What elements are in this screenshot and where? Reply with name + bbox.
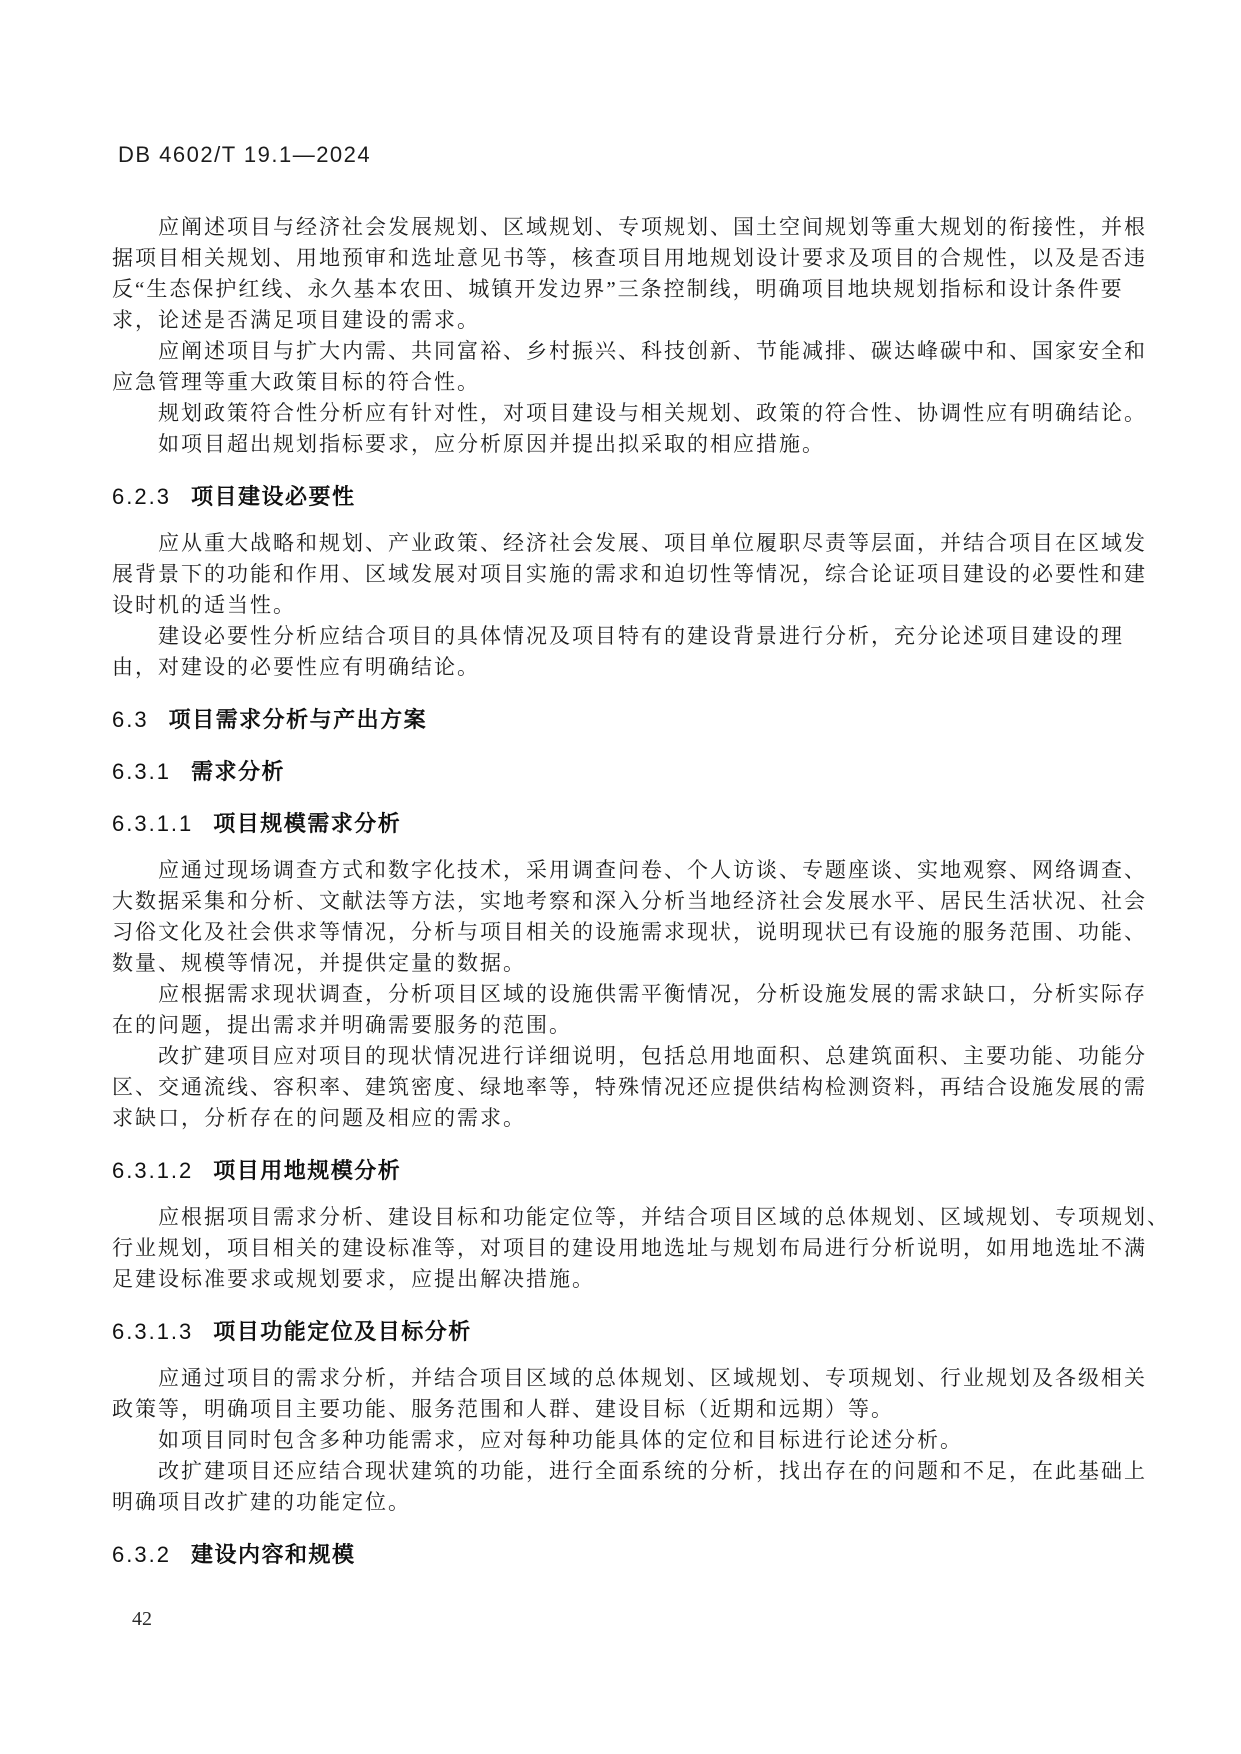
text-line: 改扩建项目还应结合现状建筑的功能，进行全面系统的分析，找出存在的问题和不足，在此… (112, 1456, 1133, 1487)
text-line: 展背景下的功能和作用、区域发展对项目实施的需求和迫切性等情况，综合论证项目建设的… (112, 559, 1133, 590)
text-line: 如项目超出规划指标要求，应分析原因并提出拟采取的相应措施。 (112, 429, 1133, 460)
text-line: 政策等，明确项目主要功能、服务范围和人群、建设目标（近期和远期）等。 (112, 1394, 1133, 1425)
section-title: 项目功能定位及目标分析 (213, 1317, 472, 1347)
section-title: 项目用地规模分析 (213, 1156, 401, 1186)
text-line: 区、交通流线、容积率、建筑密度、绿地率等，特殊情况还应提供结构检测资料，再结合设… (112, 1072, 1133, 1103)
body-paragraph: 改扩建项目应对项目的现状情况进行详细说明，包括总用地面积、总建筑面积、主要功能、… (112, 1041, 1133, 1134)
text-line: 改扩建项目应对项目的现状情况进行详细说明，包括总用地面积、总建筑面积、主要功能、… (112, 1041, 1133, 1072)
section-heading: 6.3.1.3项目功能定位及目标分析 (112, 1317, 1133, 1347)
section-number: 6.3.2 (112, 1540, 171, 1570)
section-heading: 6.3.1需求分析 (112, 757, 1133, 787)
text-line: 习俗文化及社会供求等情况，分析与项目相关的设施需求现状，说明现状已有设施的服务范… (112, 917, 1133, 948)
text-line: 设时机的适当性。 (112, 590, 1133, 621)
text-line: 应通过现场调查方式和数字化技术，采用调查问卷、个人访谈、专题座谈、实地观察、网络… (112, 855, 1133, 886)
section-heading: 6.3.1.1项目规模需求分析 (112, 809, 1133, 839)
section-heading: 6.2.3项目建设必要性 (112, 482, 1133, 512)
text-line: 据项目相关规划、用地预审和选址意见书等，核查项目用地规划设计要求及项目的合规性，… (112, 243, 1133, 274)
text-line: 求缺口，分析存在的问题及相应的需求。 (112, 1103, 1133, 1134)
body-paragraph: 建设必要性分析应结合项目的具体情况及项目特有的建设背景进行分析，充分论述项目建设… (112, 621, 1133, 683)
text-line: 应通过项目的需求分析，并结合项目区域的总体规划、区域规划、专项规划、行业规划及各… (112, 1363, 1133, 1394)
text-line: 建设必要性分析应结合项目的具体情况及项目特有的建设背景进行分析，充分论述项目建设… (112, 621, 1133, 652)
text-line: 如项目同时包含多种功能需求，应对每种功能具体的定位和目标进行论述分析。 (112, 1425, 1133, 1456)
document-page: DB 4602/T 19.1—2024 应阐述项目与经济社会发展规划、区域规划、… (0, 0, 1241, 1754)
text-line: 应急管理等重大政策目标的符合性。 (112, 367, 1133, 398)
body-paragraph: 规划政策符合性分析应有针对性，对项目建设与相关规划、政策的符合性、协调性应有明确… (112, 398, 1133, 429)
section-number: 6.3.1.1 (112, 809, 193, 839)
body-paragraph: 改扩建项目还应结合现状建筑的功能，进行全面系统的分析，找出存在的问题和不足，在此… (112, 1456, 1133, 1518)
body-paragraph: 应通过现场调查方式和数字化技术，采用调查问卷、个人访谈、专题座谈、实地观察、网络… (112, 855, 1133, 979)
text-line: 应从重大战略和规划、产业政策、经济社会发展、项目单位履职尽责等层面，并结合项目在… (112, 528, 1133, 559)
body-paragraph: 应通过项目的需求分析，并结合项目区域的总体规划、区域规划、专项规划、行业规划及各… (112, 1363, 1133, 1425)
text-line: 规划政策符合性分析应有针对性，对项目建设与相关规划、政策的符合性、协调性应有明确… (112, 398, 1133, 429)
section-number: 6.3.1.2 (112, 1156, 193, 1186)
body-paragraph: 应根据项目需求分析、建设目标和功能定位等，并结合项目区域的总体规划、区域规划、专… (112, 1202, 1133, 1295)
section-number: 6.3.1.3 (112, 1317, 193, 1347)
body-paragraph: 如项目同时包含多种功能需求，应对每种功能具体的定位和目标进行论述分析。 (112, 1425, 1133, 1456)
section-heading: 6.3.2建设内容和规模 (112, 1540, 1133, 1570)
text-line: 应根据项目需求分析、建设目标和功能定位等，并结合项目区域的总体规划、区域规划、专… (112, 1202, 1133, 1233)
section-number: 6.3 (112, 705, 149, 735)
text-line: 应阐述项目与扩大内需、共同富裕、乡村振兴、科技创新、节能减排、碳达峰碳中和、国家… (112, 336, 1133, 367)
text-line: 应根据需求现状调查，分析项目区域的设施供需平衡情况，分析设施发展的需求缺口，分析… (112, 979, 1133, 1010)
text-line: 反“生态保护红线、永久基本农田、城镇开发边界”三条控制线，明确项目地块规划指标和… (112, 274, 1133, 305)
section-title: 项目规模需求分析 (213, 809, 401, 839)
text-line: 大数据采集和分析、文献法等方法，实地考察和深入分析当地经济社会发展水平、居民生活… (112, 886, 1133, 917)
section-heading: 6.3项目需求分析与产出方案 (112, 705, 1133, 735)
text-line: 明确项目改扩建的功能定位。 (112, 1487, 1133, 1518)
section-number: 6.3.1 (112, 757, 171, 787)
section-number: 6.2.3 (112, 482, 171, 512)
text-line: 求，论述是否满足项目建设的需求。 (112, 305, 1133, 336)
body-paragraph: 应阐述项目与经济社会发展规划、区域规划、专项规划、国土空间规划等重大规划的衔接性… (112, 212, 1133, 336)
section-title: 项目建设必要性 (191, 482, 356, 512)
body-paragraph: 应阐述项目与扩大内需、共同富裕、乡村振兴、科技创新、节能减排、碳达峰碳中和、国家… (112, 336, 1133, 398)
page-number: 42 (132, 1608, 152, 1631)
section-heading: 6.3.1.2项目用地规模分析 (112, 1156, 1133, 1186)
body-paragraph: 应根据需求现状调查，分析项目区域的设施供需平衡情况，分析设施发展的需求缺口，分析… (112, 979, 1133, 1041)
text-line: 在的问题，提出需求并明确需要服务的范围。 (112, 1010, 1133, 1041)
section-title: 建设内容和规模 (191, 1540, 356, 1570)
section-title: 项目需求分析与产出方案 (169, 705, 428, 735)
text-line: 数量、规模等情况，并提供定量的数据。 (112, 948, 1133, 979)
section-title: 需求分析 (191, 757, 285, 787)
document-body: 应阐述项目与经济社会发展规划、区域规划、专项规划、国土空间规划等重大规划的衔接性… (112, 212, 1133, 1586)
body-paragraph: 如项目超出规划指标要求，应分析原因并提出拟采取的相应措施。 (112, 429, 1133, 460)
text-line: 应阐述项目与经济社会发展规划、区域规划、专项规划、国土空间规划等重大规划的衔接性… (112, 212, 1133, 243)
text-line: 行业规划，项目相关的建设标准等，对项目的建设用地选址与规划布局进行分析说明，如用… (112, 1233, 1133, 1264)
document-code-header: DB 4602/T 19.1—2024 (118, 142, 371, 168)
body-paragraph: 应从重大战略和规划、产业政策、经济社会发展、项目单位履职尽责等层面，并结合项目在… (112, 528, 1133, 621)
text-line: 由，对建设的必要性应有明确结论。 (112, 652, 1133, 683)
text-line: 足建设标准要求或规划要求，应提出解决措施。 (112, 1264, 1133, 1295)
